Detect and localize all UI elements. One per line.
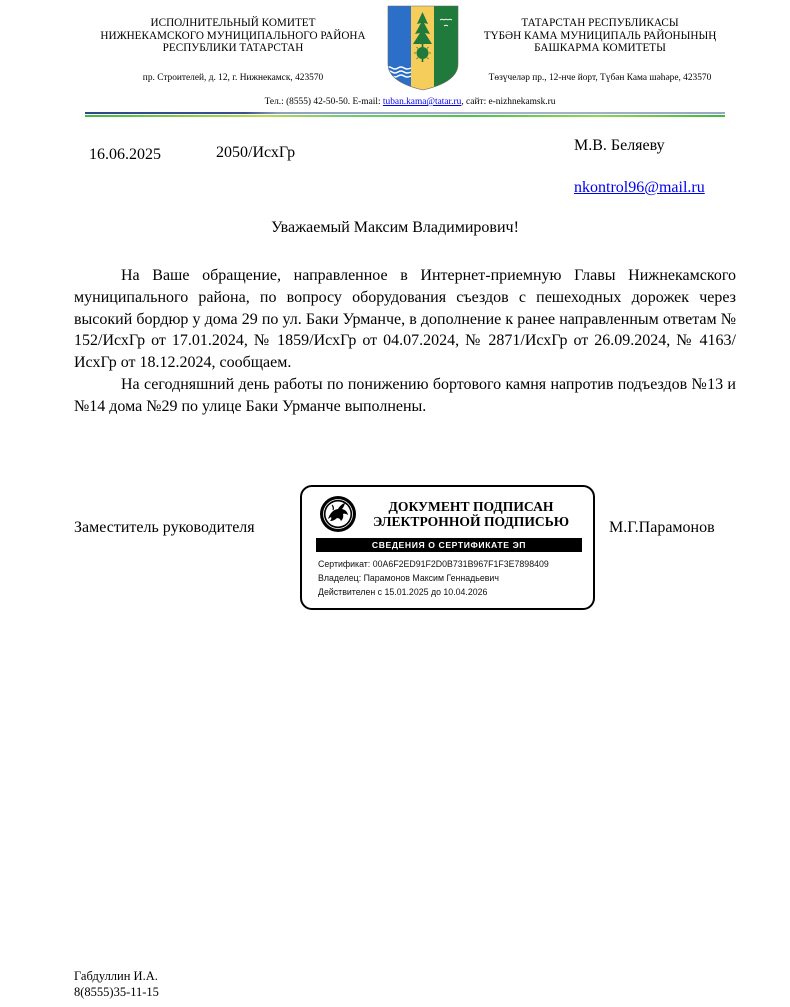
- salutation: Уважаемый Максим Владимирович!: [0, 218, 790, 237]
- org-address: Төзүчеләр пр., 12-нче йорт, Түбән Кама ш…: [472, 72, 728, 84]
- certificate-info-bar: СВЕДЕНИЯ О СЕРТИФИКАТЕ ЭП: [316, 538, 582, 552]
- executor-name: Габдуллин И.А.: [74, 968, 159, 984]
- letter-date: 16.06.2025: [89, 145, 161, 164]
- recipient-email-link[interactable]: nkontrol96@mail.ru: [574, 178, 705, 197]
- contacts-line: Тел.: (8555) 42-50-50. E-mail: tuban.kam…: [90, 97, 730, 107]
- electronic-signature-stamp: ДОКУМЕНТ ПОДПИСАН ЭЛЕКТРОННОЙ ПОДПИСЬЮ С…: [300, 485, 595, 610]
- certificate-number: Сертификат: 00A6F2ED91F2D0B731B967F1F3E7…: [318, 559, 549, 570]
- body-paragraph: На Ваше обращение, направленное в Интерн…: [74, 265, 736, 374]
- website-text: , сайт: e-nizhnekamsk.ru: [461, 97, 555, 107]
- certificate-validity: Действителен с 15.01.2025 до 10.04.2026: [318, 587, 487, 598]
- stamp-title-line: ЭЛЕКТРОННОЙ ПОДПИСЬЮ: [362, 514, 580, 529]
- org-email-link[interactable]: tuban.kama@tatar.ru: [383, 97, 461, 107]
- recipient-name: М.В. Беляеву: [574, 136, 665, 155]
- header-divider-blue: [85, 112, 725, 114]
- body-paragraph: На сегодняшний день работы по понижению …: [74, 374, 736, 418]
- letterhead-left: ИСПОЛНИТЕЛЬНЫЙ КОМИТЕТ НИЖНЕКАМСКОГО МУН…: [88, 17, 378, 84]
- phone-text: Тел.: (8555) 42-50-50. E-mail:: [265, 97, 383, 107]
- org-address: пр. Строителей, д. 12, г. Нижнекамск, 42…: [88, 72, 378, 84]
- nizhnekamsk-coat-of-arms-icon: [386, 4, 460, 92]
- certificate-owner: Владелец: Парамонов Максим Геннадьевич: [318, 573, 499, 584]
- org-name-line: ТАТАРСТАН РЕСПУБЛИКАСЫ: [472, 17, 728, 30]
- org-name-line: НИЖНЕКАМСКОГО МУНИЦИПАЛЬНОГО РАЙОНА: [88, 30, 378, 43]
- letter-body: На Ваше обращение, направленное в Интерн…: [74, 265, 736, 418]
- executor-info: Габдуллин И.А. 8(8555)35-11-15: [74, 968, 159, 1000]
- org-name-line: ТҮБӘН КАМА МУНИЦИПАЛЬ РАЙОНЫНЫҢ: [472, 30, 728, 43]
- outgoing-number: 2050/ИсхГр: [216, 143, 295, 162]
- tatarstan-emblem-icon: [319, 495, 357, 533]
- stamp-title: ДОКУМЕНТ ПОДПИСАН ЭЛЕКТРОННОЙ ПОДПИСЬЮ: [362, 499, 580, 529]
- signatory-name: М.Г.Парамонов: [609, 518, 715, 537]
- stamp-title-line: ДОКУМЕНТ ПОДПИСАН: [362, 499, 580, 514]
- org-name-line: БАШКАРМА КОМИТЕТЫ: [472, 42, 728, 55]
- header-divider-green: [85, 115, 725, 117]
- org-name-line: РЕСПУБЛИКИ ТАТАРСТАН: [88, 42, 378, 55]
- org-name-line: ИСПОЛНИТЕЛЬНЫЙ КОМИТЕТ: [88, 17, 378, 30]
- signatory-position: Заместитель руководителя: [74, 518, 255, 537]
- letterhead-right: ТАТАРСТАН РЕСПУБЛИКАСЫ ТҮБӘН КАМА МУНИЦИ…: [472, 17, 728, 84]
- executor-phone: 8(8555)35-11-15: [74, 984, 159, 1000]
